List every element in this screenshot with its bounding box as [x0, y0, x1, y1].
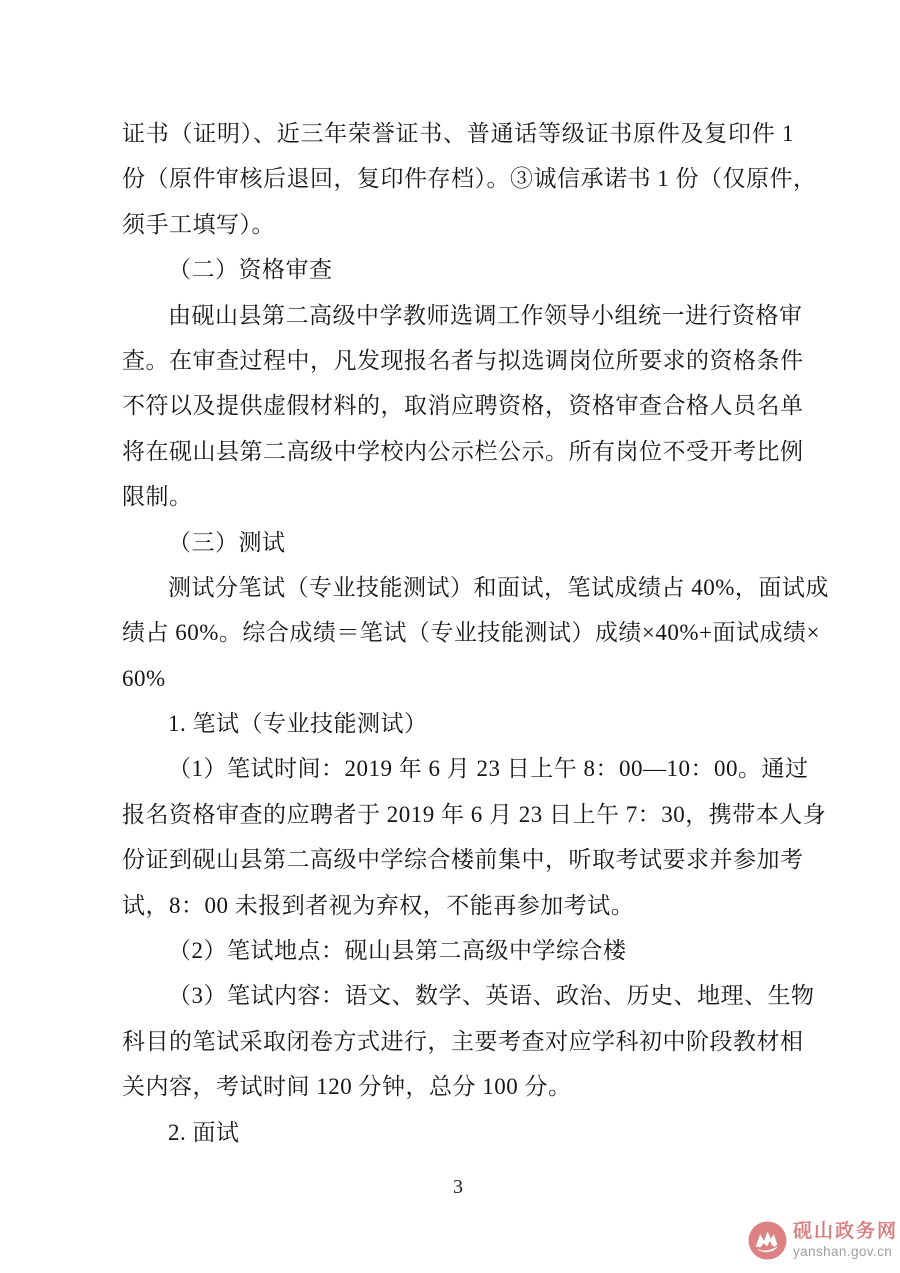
section-heading: （三）测试 — [122, 520, 794, 565]
mountain-m-icon — [748, 1221, 787, 1260]
subsection-heading: 1. 笔试（专业技能测试） — [122, 701, 794, 746]
site-url: yanshan.gov.cn — [793, 1245, 898, 1259]
text-line: 测试分笔试（专业技能测试）和面试，笔试成绩占 40%，面试成 — [122, 565, 794, 610]
text-line: 查。在审查过程中，凡发现报名者与拟选调岗位所要求的资格条件 — [122, 338, 794, 383]
text-line: 报名资格审查的应聘者于 2019 年 6 月 23 日上午 7：30，携带本人身 — [122, 792, 794, 837]
site-logo: 砚山政务网 yanshan.gov.cn — [748, 1221, 898, 1260]
text-line: （1）笔试时间：2019 年 6 月 23 日上午 8：00—10：00。通过 — [122, 746, 794, 791]
text-line: 证书（证明）、近三年荣誉证书、普通话等级证书原件及复印件 1 — [122, 111, 794, 156]
page-number: 3 — [122, 1176, 794, 1199]
text-line: 份（原件审核后退回，复印件存档）。③诚信承诺书 1 份（仅原件， — [122, 156, 794, 201]
text-line: 60% — [122, 656, 794, 701]
text-line: 绩占 60%。综合成绩＝笔试（专业技能测试）成绩×40%+面试成绩× — [122, 610, 794, 655]
text-line: 试，8：00 未报到者视为弃权，不能再参加考试。 — [122, 883, 794, 928]
text-line: （3）笔试内容：语文、数学、英语、政治、历史、地理、生物 — [122, 973, 794, 1018]
subsection-heading: 2. 面试 — [122, 1110, 794, 1155]
text-line: 科目的笔试采取闭卷方式进行，主要考查对应学科初中阶段教材相 — [122, 1019, 794, 1064]
text-line: 须手工填写）。 — [122, 202, 794, 247]
text-line: 由砚山县第二高级中学教师选调工作领导小组统一进行资格审 — [122, 293, 794, 338]
text-line: （2）笔试地点：砚山县第二高级中学综合楼 — [122, 928, 794, 973]
text-line: 份证到砚山县第二高级中学综合楼前集中，听取考试要求并参加考 — [122, 837, 794, 882]
section-heading: （二）资格审查 — [122, 247, 794, 292]
site-name: 砚山政务网 — [793, 1222, 898, 1243]
document-page: 证书（证明）、近三年荣誉证书、普通话等级证书原件及复印件 1 份（原件审核后退回… — [0, 0, 900, 1273]
document-body: 证书（证明）、近三年荣誉证书、普通话等级证书原件及复印件 1 份（原件审核后退回… — [122, 111, 794, 1155]
text-line: 将在砚山县第二高级中学校内公示栏公示。所有岗位不受开考比例 — [122, 429, 794, 474]
text-line: 不符以及提供虚假材料的，取消应聘资格，资格审查合格人员名单 — [122, 383, 794, 428]
site-logo-text: 砚山政务网 yanshan.gov.cn — [793, 1222, 898, 1258]
text-line: 关内容，考试时间 120 分钟，总分 100 分。 — [122, 1064, 794, 1109]
text-line: 限制。 — [122, 474, 794, 519]
